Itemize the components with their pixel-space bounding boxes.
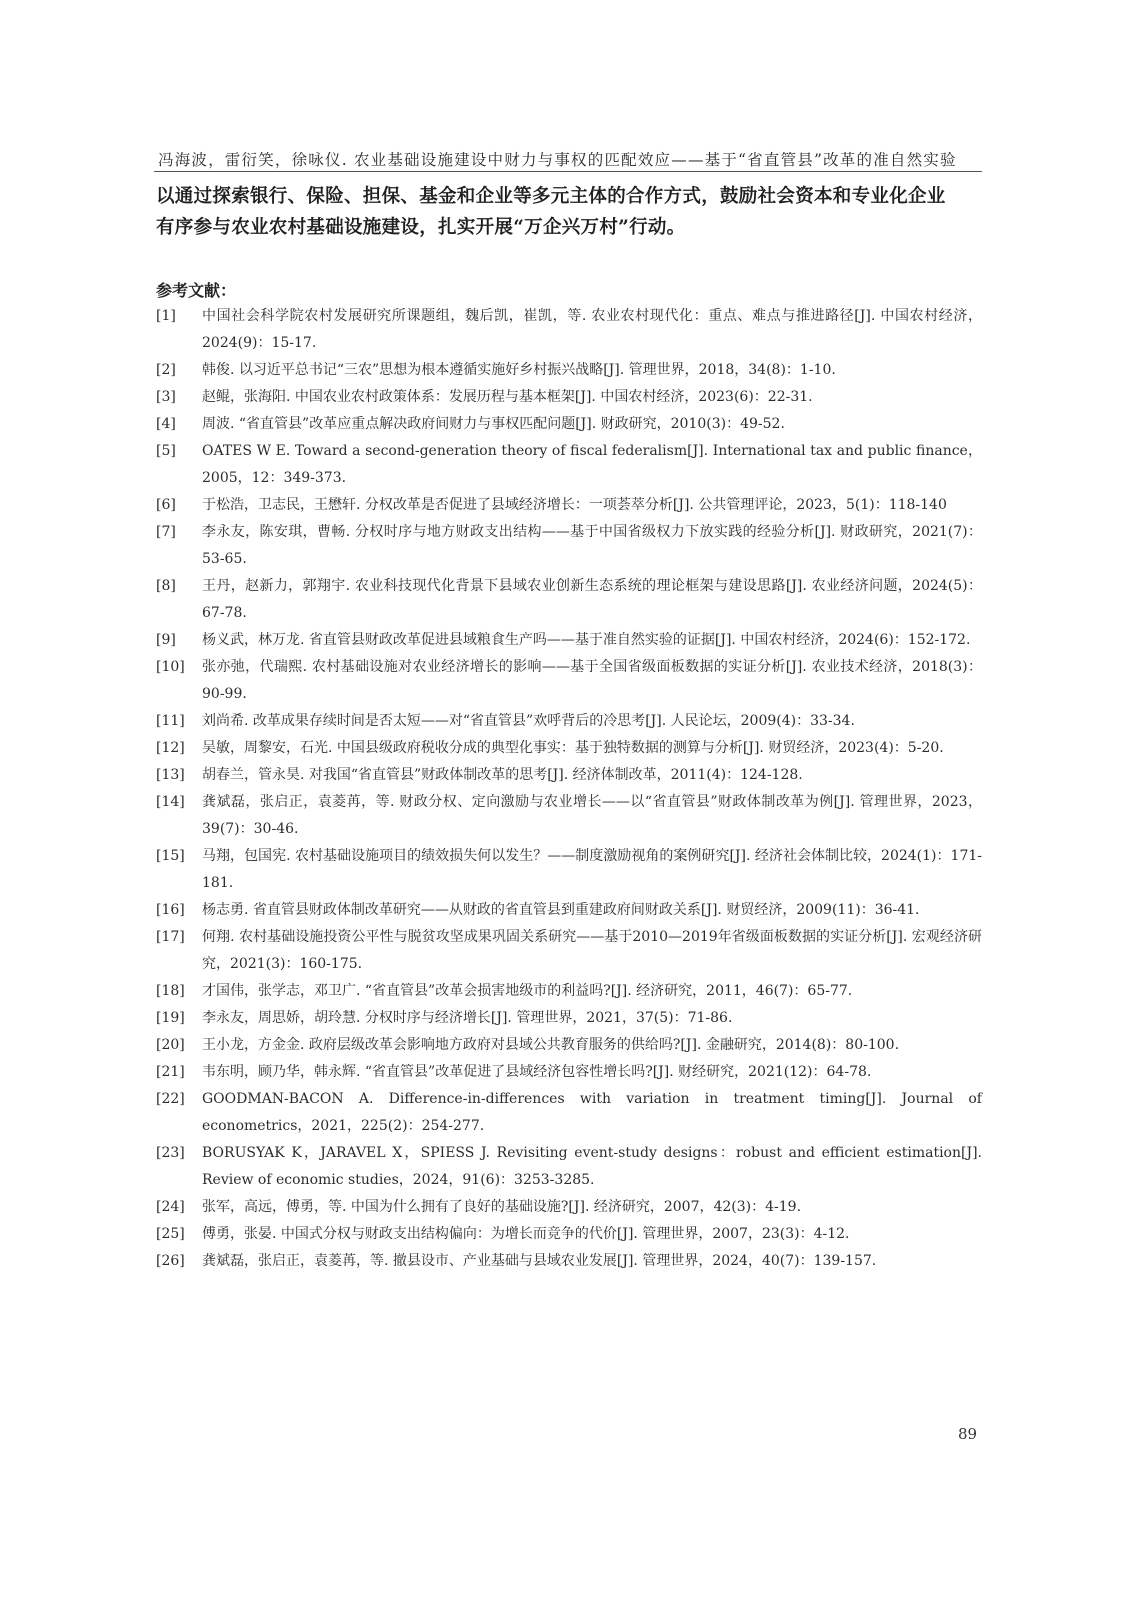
reference-item: [6]于松浩，卫志民，王懋轩. 分权改革是否促进了县域经济增长：一项荟萃分析[J… (156, 492, 982, 519)
reference-number: [3] (156, 384, 200, 411)
reference-text: 李永友，周思娇，胡玲慧. 分权时序与经济增长[J]. 管理世界，2021，37(… (202, 1005, 982, 1032)
running-head: 冯海波，雷衍笑，徐咏仪. 农业基础设施建设中财力与事权的匹配效应——基于“省直管… (158, 148, 980, 170)
reference-text: BORUSYAK K，JARAVEL X，SPIESS J. Revisitin… (202, 1140, 982, 1194)
reference-item: [19]李永友，周思娇，胡玲慧. 分权时序与经济增长[J]. 管理世界，2021… (156, 1005, 982, 1032)
reference-item: [15]马翔，包国宪. 农村基础设施项目的绩效损失何以发生？——制度激励视角的案… (156, 843, 982, 897)
reference-item: [22]GOODMAN-BACON A. Difference-in-diffe… (156, 1086, 982, 1140)
reference-item: [13]胡春兰，管永昊. 对我国“省直管县”财政体制改革的思考[J]. 经济体制… (156, 762, 982, 789)
reference-text: 周波. “省直管县”改革应重点解决政府间财力与事权匹配问题[J]. 财政研究，2… (202, 411, 982, 438)
reference-number: [18] (156, 978, 200, 1005)
reference-text: 李永友，陈安琪，曹畅. 分权时序与地方财政支出结构——基于中国省级权力下放实践的… (202, 519, 982, 573)
reference-item: [17]何翔. 农村基础设施投资公平性与脱贫攻坚成果巩固关系研究——基于2010… (156, 924, 982, 978)
reference-item: [2]韩俊. 以习近平总书记“三农”思想为根本遵循实施好乡村振兴战略[J]. 管… (156, 357, 982, 384)
page-number: 89 (958, 1425, 977, 1443)
reference-item: [3]赵鲲，张海阳. 中国农业农村政策体系：发展历程与基本框架[J]. 中国农村… (156, 384, 982, 411)
reference-number: [25] (156, 1221, 200, 1248)
reference-text: 刘尚希. 改革成果存续时间是否太短——对“省直管县”欢呼背后的冷思考[J]. 人… (202, 708, 982, 735)
reference-number: [20] (156, 1032, 200, 1059)
reference-number: [2] (156, 357, 200, 384)
reference-text: 才国伟，张学志，邓卫广. “省直管县”改革会损害地级市的利益吗?[J]. 经济研… (202, 978, 982, 1005)
body-paragraph: 以通过探索银行、保险、担保、基金和企业等多元主体的合作方式，鼓励社会资本和专业化… (156, 181, 982, 243)
reference-text: OATES W E. Toward a second-generation th… (202, 438, 982, 492)
reference-number: [15] (156, 843, 200, 870)
reference-text: 赵鲲，张海阳. 中国农业农村政策体系：发展历程与基本框架[J]. 中国农村经济，… (202, 384, 982, 411)
reference-item: [11]刘尚希. 改革成果存续时间是否太短——对“省直管县”欢呼背后的冷思考[J… (156, 708, 982, 735)
reference-number: [4] (156, 411, 200, 438)
reference-item: [14]龚斌磊，张启正，袁菱苒，等. 财政分权、定向激励与农业增长——以“省直管… (156, 789, 982, 843)
reference-text: 于松浩，卫志民，王懋轩. 分权改革是否促进了县域经济增长：一项荟萃分析[J]. … (202, 492, 982, 519)
reference-list: [1]中国社会科学院农村发展研究所课题组，魏后凯，崔凯，等. 农业农村现代化：重… (156, 303, 982, 1275)
reference-text: GOODMAN-BACON A. Difference-in-differenc… (202, 1086, 982, 1140)
reference-item: [4]周波. “省直管县”改革应重点解决政府间财力与事权匹配问题[J]. 财政研… (156, 411, 982, 438)
reference-number: [23] (156, 1140, 200, 1167)
body-line: 有序参与农业农村基础设施建设，扎实开展“万企兴万村”行动。 (156, 212, 982, 243)
reference-number: [11] (156, 708, 200, 735)
reference-number: [5] (156, 438, 200, 465)
reference-number: [7] (156, 519, 200, 546)
reference-text: 龚斌磊，张启正，袁菱苒，等. 财政分权、定向激励与农业增长——以“省直管县”财政… (202, 789, 982, 843)
reference-number: [12] (156, 735, 200, 762)
reference-number: [21] (156, 1059, 200, 1086)
reference-item: [21]韦东明，顾乃华，韩永辉. “省直管县”改革促进了县域经济包容性增长吗?[… (156, 1059, 982, 1086)
reference-text: 杨义武，林万龙. 省直管县财政改革促进县域粮食生产吗——基于准自然实验的证据[J… (202, 627, 982, 654)
reference-item: [1]中国社会科学院农村发展研究所课题组，魏后凯，崔凯，等. 农业农村现代化：重… (156, 303, 982, 357)
reference-item: [20]王小龙，方金金. 政府层级改革会影响地方政府对县域公共教育服务的供给吗?… (156, 1032, 982, 1059)
reference-text: 马翔，包国宪. 农村基础设施项目的绩效损失何以发生？——制度激励视角的案例研究[… (202, 843, 982, 897)
reference-number: [26] (156, 1248, 200, 1275)
reference-number: [9] (156, 627, 200, 654)
reference-item: [26]龚斌磊，张启正，袁菱苒，等. 撤县设市、产业基础与县域农业发展[J]. … (156, 1248, 982, 1275)
reference-item: [10]张亦弛，代瑞熙. 农村基础设施对农业经济增长的影响——基于全国省级面板数… (156, 654, 982, 708)
reference-text: 中国社会科学院农村发展研究所课题组，魏后凯，崔凯，等. 农业农村现代化：重点、难… (202, 303, 982, 357)
reference-text: 吴敏，周黎安，石光. 中国县级政府税收分成的典型化事实：基于独特数据的测算与分析… (202, 735, 982, 762)
reference-number: [6] (156, 492, 200, 519)
reference-text: 张亦弛，代瑞熙. 农村基础设施对农业经济增长的影响——基于全国省级面板数据的实证… (202, 654, 982, 708)
reference-text: 韩俊. 以习近平总书记“三农”思想为根本遵循实施好乡村振兴战略[J]. 管理世界… (202, 357, 982, 384)
reference-item: [16]杨志勇. 省直管县财政体制改革研究——从财政的省直管县到重建政府间财政关… (156, 897, 982, 924)
reference-text: 龚斌磊，张启正，袁菱苒，等. 撤县设市、产业基础与县域农业发展[J]. 管理世界… (202, 1248, 982, 1275)
header-rule (154, 171, 982, 172)
reference-item: [8]王丹，赵新力，郭翔宇. 农业科技现代化背景下县域农业创新生态系统的理论框架… (156, 573, 982, 627)
reference-text: 张军，高远，傅勇，等. 中国为什么拥有了良好的基础设施?[J]. 经济研究，20… (202, 1194, 982, 1221)
reference-number: [8] (156, 573, 200, 600)
reference-number: [17] (156, 924, 200, 951)
reference-item: [9]杨义武，林万龙. 省直管县财政改革促进县域粮食生产吗——基于准自然实验的证… (156, 627, 982, 654)
reference-item: [7]李永友，陈安琪，曹畅. 分权时序与地方财政支出结构——基于中国省级权力下放… (156, 519, 982, 573)
reference-number: [1] (156, 303, 200, 330)
references-title: 参考文献： (156, 278, 236, 301)
reference-number: [13] (156, 762, 200, 789)
reference-item: [24]张军，高远，傅勇，等. 中国为什么拥有了良好的基础设施?[J]. 经济研… (156, 1194, 982, 1221)
reference-item: [23]BORUSYAK K，JARAVEL X，SPIESS J. Revis… (156, 1140, 982, 1194)
reference-number: [19] (156, 1005, 200, 1032)
reference-text: 何翔. 农村基础设施投资公平性与脱贫攻坚成果巩固关系研究——基于2010—201… (202, 924, 982, 978)
reference-item: [5]OATES W E. Toward a second-generation… (156, 438, 982, 492)
reference-item: [12]吴敏，周黎安，石光. 中国县级政府税收分成的典型化事实：基于独特数据的测… (156, 735, 982, 762)
reference-text: 王丹，赵新力，郭翔宇. 农业科技现代化背景下县域农业创新生态系统的理论框架与建设… (202, 573, 982, 627)
reference-number: [14] (156, 789, 200, 816)
reference-item: [18]才国伟，张学志，邓卫广. “省直管县”改革会损害地级市的利益吗?[J].… (156, 978, 982, 1005)
reference-number: [16] (156, 897, 200, 924)
reference-number: [10] (156, 654, 200, 681)
reference-text: 胡春兰，管永昊. 对我国“省直管县”财政体制改革的思考[J]. 经济体制改革，2… (202, 762, 982, 789)
reference-text: 王小龙，方金金. 政府层级改革会影响地方政府对县域公共教育服务的供给吗?[J].… (202, 1032, 982, 1059)
reference-number: [24] (156, 1194, 200, 1221)
reference-text: 韦东明，顾乃华，韩永辉. “省直管县”改革促进了县域经济包容性增长吗?[J]. … (202, 1059, 982, 1086)
reference-text: 傅勇，张晏. 中国式分权与财政支出结构偏向：为增长而竞争的代价[J]. 管理世界… (202, 1221, 982, 1248)
reference-text: 杨志勇. 省直管县财政体制改革研究——从财政的省直管县到重建政府间财政关系[J]… (202, 897, 982, 924)
reference-number: [22] (156, 1086, 200, 1113)
body-line: 以通过探索银行、保险、担保、基金和企业等多元主体的合作方式，鼓励社会资本和专业化… (156, 181, 982, 212)
reference-item: [25]傅勇，张晏. 中国式分权与财政支出结构偏向：为增长而竞争的代价[J]. … (156, 1221, 982, 1248)
